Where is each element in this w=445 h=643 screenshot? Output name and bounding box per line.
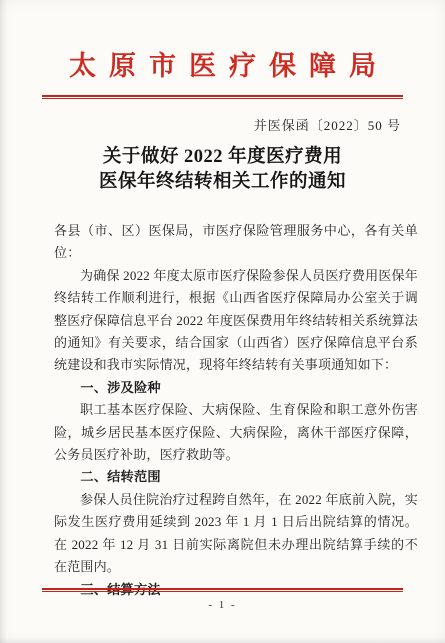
section-2-text: 参保人员住院治疗过程跨自然年，在 2022 年底前入院，实际发生医疗费用延续到 … — [54, 489, 418, 579]
page-number: - 1 - — [0, 599, 445, 611]
section-1-text: 职工基本医疗保险、大病保险、生育保险和职工意外伤害险，城乡居民基本医疗保险、大病… — [54, 399, 418, 466]
document-title: 关于做好 2022 年度医疗费用 医保年终结转相关工作的通知 — [0, 145, 445, 195]
footer-red-rule — [42, 588, 403, 592]
intro-paragraph: 为确保 2022 年度太原市医疗保险参保人员医疗费用医保年终结转工作顺利进行，根… — [54, 265, 418, 377]
letterhead-agency-name: 太原市医疗保障局 — [0, 44, 445, 83]
document-page: 太原市医疗保障局 并医保函〔2022〕50 号 关于做好 2022 年度医疗费用… — [0, 0, 445, 643]
document-title-line2: 医保年终结转相关工作的通知 — [0, 170, 445, 195]
document-number: 并医保函〔2022〕50 号 — [254, 115, 401, 134]
section-1-heading: 一、涉及险种 — [54, 377, 418, 399]
letterhead-red-rule — [42, 95, 403, 99]
section-2-heading: 二、结转范围 — [54, 466, 418, 488]
salutation-line: 各县（市、区）医保局，市医疗保险管理服务中心，各有关单位： — [54, 220, 418, 265]
document-body: 各县（市、区）医保局，市医疗保险管理服务中心，各有关单位： 为确保 2022 年… — [54, 220, 418, 601]
document-title-line1: 关于做好 2022 年度医疗费用 — [0, 145, 445, 170]
